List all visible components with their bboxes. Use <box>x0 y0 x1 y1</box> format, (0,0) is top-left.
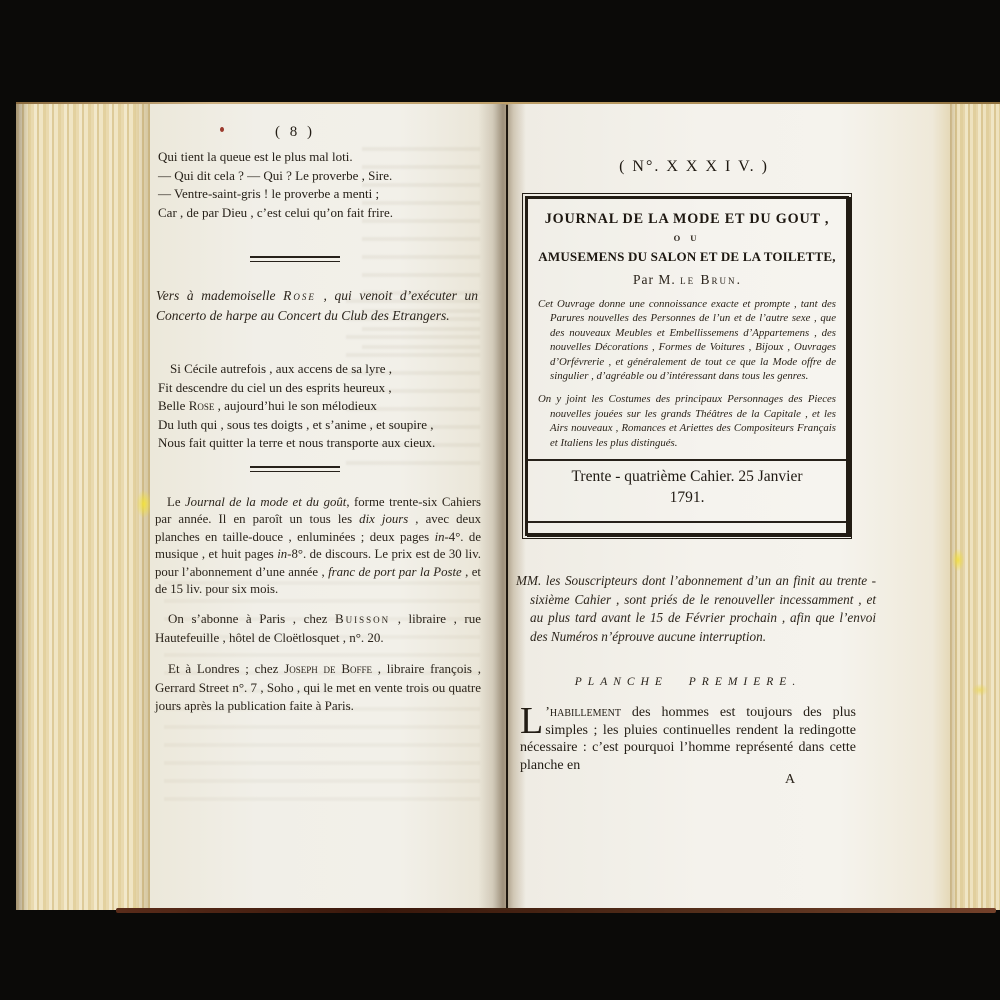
book-photograph: ( 8 ) Qui tient la queue est le plus mal… <box>0 0 1000 1000</box>
masthead-box: JOURNAL DE LA MODE ET DU GOUT , O U AMUS… <box>525 196 849 536</box>
issue-date-line: Trente - quatrième Cahier. 25 Janvier <box>538 466 836 487</box>
article-paragraph: L’habillement des hommes est toujours de… <box>520 704 856 774</box>
page-number: ( 8 ) <box>150 124 440 141</box>
section-divider <box>250 466 340 472</box>
journal-contents-note: On y joint les Costumes des principaux P… <box>538 392 836 450</box>
journal-subtitle: AMUSEMENS DU SALON ET DE LA TOILETTE, <box>538 249 836 265</box>
right-page: ( N°. X X X I V. ) JOURNAL DE LA MODE ET… <box>508 104 950 910</box>
paris-subscription-paragraph: On s’abonne à Paris , chez Buisson , lib… <box>155 610 481 647</box>
open-book: ( 8 ) Qui tient la queue est le plus mal… <box>16 104 1000 910</box>
journal-description: Cet Ouvrage donne une connoissance exact… <box>538 297 836 383</box>
issue-year: 1791. <box>538 487 836 508</box>
dedication-heading: Vers à mademoiselle Rose , qui venoit d’… <box>156 286 478 325</box>
journal-title-conjunction: O U <box>538 233 836 243</box>
prospectus-paragraph: Le Journal de la mode et du goût, forme … <box>155 494 481 598</box>
left-page: ( 8 ) Qui tient la queue est le plus mal… <box>150 104 506 910</box>
journal-title: JOURNAL DE LA MODE ET DU GOUT , <box>538 211 836 228</box>
article-text: ’habillement des hommes est toujours des… <box>520 705 856 773</box>
london-subscription-paragraph: Et à Londres ; chez Joseph de Boffe , li… <box>155 660 481 716</box>
ode-poem: Si Cécile autrefois , aux accens de sa l… <box>158 360 435 453</box>
plate-heading: PLANCHE PREMIERE. <box>518 676 858 688</box>
epigram-poem: Qui tient la queue est le plus mal loti.… <box>158 148 393 222</box>
page-edges-right <box>950 104 1000 910</box>
masthead-rule-bottom <box>528 521 846 523</box>
subscriber-notice: MM. les Souscripteurs dont l’abonnement … <box>516 572 876 646</box>
section-divider <box>250 256 340 262</box>
page-edges-left <box>16 104 150 910</box>
drop-cap: L <box>520 704 545 737</box>
issue-number: ( N°. X X X I V. ) <box>508 158 880 176</box>
journal-byline: Par M. le Brun. <box>538 272 836 288</box>
issue-date-block: Trente - quatrième Cahier. 25 Janvier 17… <box>538 461 836 512</box>
catchword: A <box>770 772 810 788</box>
